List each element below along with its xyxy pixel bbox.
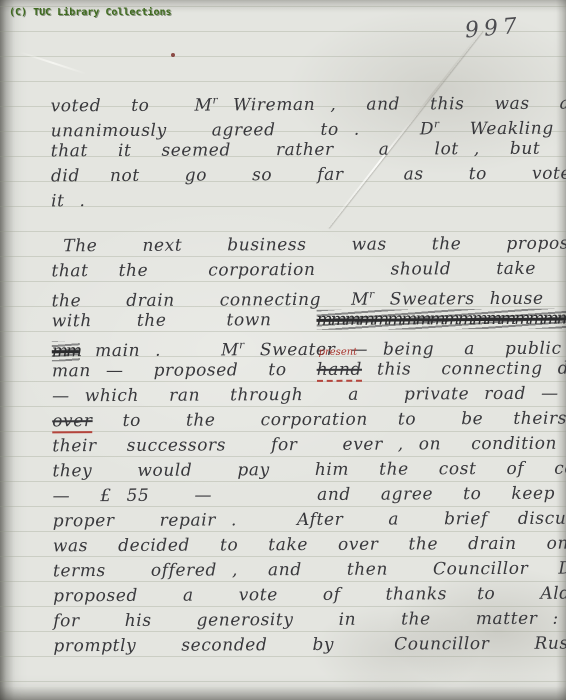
manuscript-line: they would pay him the cost of construct… (52, 457, 556, 485)
manuscript-line: man — proposed to handpresent this conne… (52, 357, 556, 385)
library-watermark: (C) TUC Library Collections (9, 7, 172, 18)
scanned-manuscript-page: (C) TUC Library Collections 997 voted to… (0, 0, 566, 700)
handwritten-text: was decided to take over the drain on th… (53, 533, 566, 556)
manuscript-line: — £ 55 — and agree to keep it in (53, 482, 557, 510)
handwritten-text: Wireman , and this was also (218, 93, 566, 115)
handwritten-text: proper repair . After a brief discussion… (53, 508, 566, 531)
manuscript-line: their successors for ever , on condition… (52, 432, 556, 460)
handwritten-text: man — proposed to (52, 360, 317, 381)
handwritten-text: that the corporation should take over (51, 258, 566, 281)
manuscript-line: for his generosity in the matter : this … (53, 607, 557, 635)
manuscript-line: voted to Mr Wireman , and this was also (50, 87, 554, 115)
scribbled-out-text: mm (52, 341, 80, 361)
manuscript-line: over to the corporation to be theirs and (52, 407, 556, 435)
handwritten-text: The next business was the proposal (63, 234, 566, 257)
manuscript-line: with the town mmmmmmmmmmmmmmmmmm (52, 307, 556, 335)
struck-word: handpresent (317, 360, 362, 382)
manuscript-line: proposed a vote of thanks to Alderman Sw… (53, 582, 557, 610)
manuscript-line: terms offered , and then Councillor Didl… (53, 557, 557, 585)
paragraph: voted to Mr Wireman , and this was alsou… (50, 87, 555, 215)
handwritten-text: — which ran through a private road — (52, 384, 559, 407)
handwritten-text: unanimously agreed to . D (51, 119, 434, 141)
handwritten-text: main . M (80, 340, 239, 361)
page-number: 997 (464, 14, 523, 44)
manuscript-line: — which ran through a private road — (52, 382, 556, 410)
manuscript-line: was decided to take over the drain on th… (53, 532, 557, 560)
handwritten-text: Weakling said (440, 118, 566, 139)
handwritten-text: that it seemed rather a lot , but he (51, 138, 566, 161)
handwritten-text: their successors for ever , on condition… (52, 433, 566, 456)
handwritten-text: with the town (52, 310, 317, 331)
manuscript-line: proper repair . After a brief discussion… (53, 507, 557, 535)
manuscript-line: The next business was the proposal (51, 232, 555, 260)
handwritten-text: promptly seconded by Councillor Rushton (53, 633, 566, 656)
handwritten-text: did not go so far as to vote against (51, 163, 566, 186)
red-ink-insertion: present (319, 348, 358, 358)
manuscript: voted to Mr Wireman , and this was alsou… (50, 87, 557, 680)
handwritten-text: — £ 55 — and agree to keep it in (53, 483, 566, 506)
manuscript-line: that the corporation should take over (51, 257, 555, 285)
handwritten-text: for his generosity in the matter : this … (53, 608, 566, 631)
handwritten-text: it . (51, 191, 86, 211)
paragraph: The next business was the proposalthat t… (51, 232, 557, 660)
handwritten-text: they would pay him the cost of construct… (52, 458, 566, 481)
superscript-text: r (212, 94, 218, 106)
handwritten-text: to the corporation to be theirs and (93, 408, 566, 431)
handwritten-text: voted to M (50, 95, 212, 116)
handwritten-text: terms offered , and then Councillor Didl… (53, 558, 566, 581)
handwritten-text: Sweaters house (375, 288, 544, 309)
paper-crease (19, 51, 86, 75)
manuscript-line: that it seemed rather a lot , but he (51, 137, 555, 165)
manuscript-line: promptly seconded by Councillor Rushton (53, 632, 557, 660)
scribbled-out-text: mmmmmmmmmmmmmmmmmm (316, 309, 566, 330)
handwritten-text: this connecting drain (362, 358, 566, 379)
handwritten-text: Sweater — being a public spirited (245, 338, 566, 360)
handwritten-text: the drain connecting M (52, 289, 370, 311)
manuscript-line: it . (51, 187, 555, 215)
handwritten-text: proposed a vote of thanks to Alderman Sw… (53, 583, 566, 606)
manuscript-line: the drain connecting Mr Sweaters house (51, 282, 555, 310)
manuscript-line: did not go so far as to vote against (51, 162, 555, 190)
manuscript-line: mm main . Mr Sweater — being a public sp… (52, 332, 556, 360)
struck-word-red-underline: over (52, 411, 93, 433)
ink-spot (171, 53, 175, 57)
